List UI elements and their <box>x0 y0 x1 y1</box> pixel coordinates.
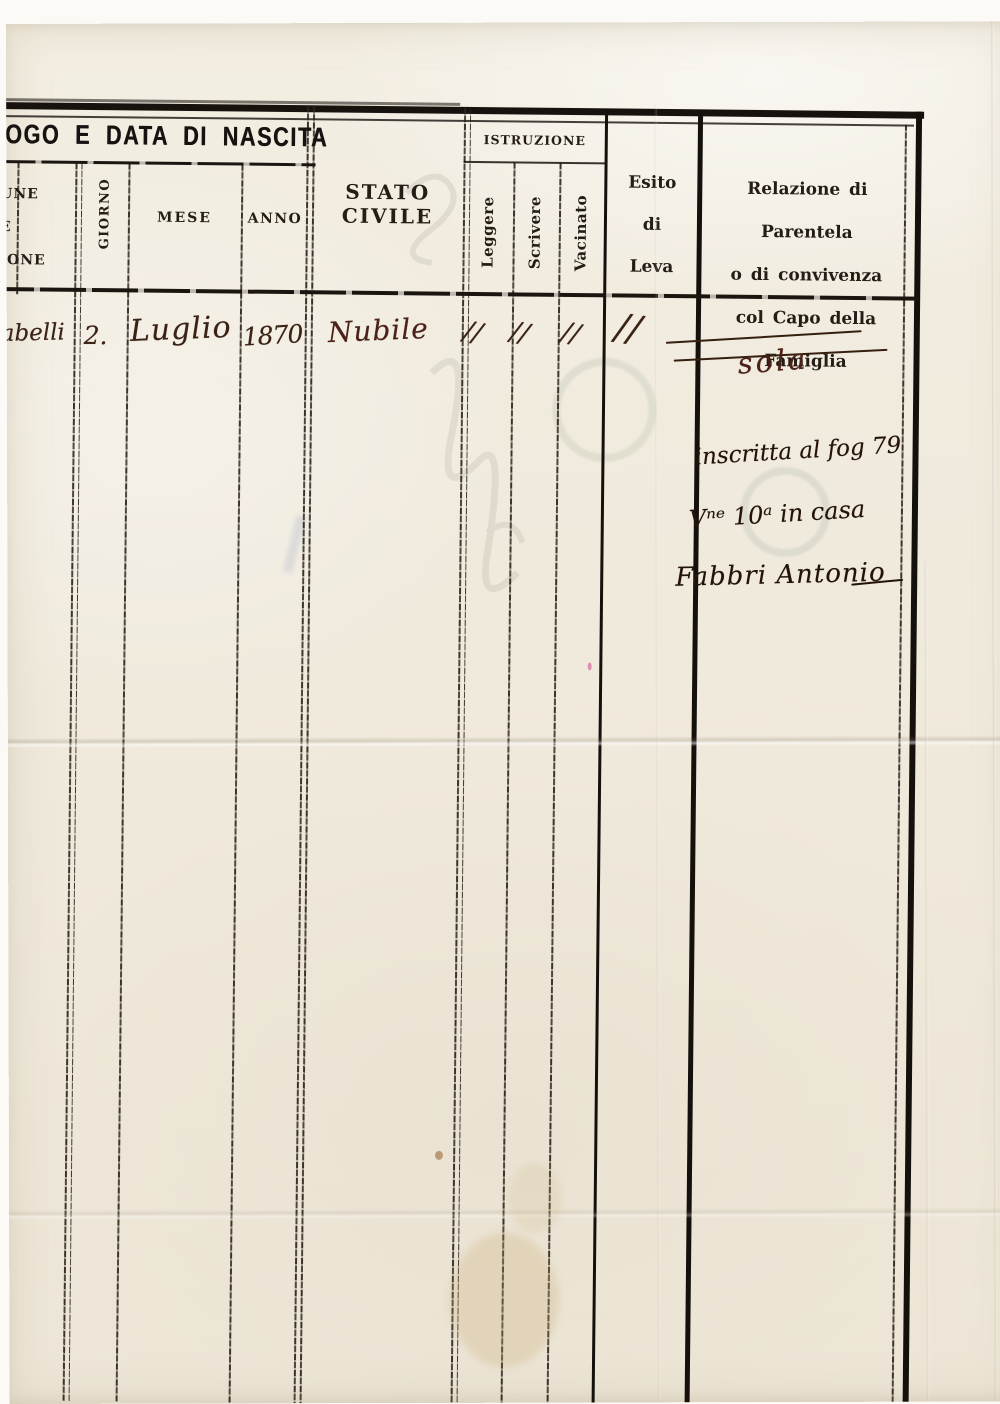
left-column-fragment: UNE <box>6 186 39 202</box>
col-header-istruzione: ISTRUZIONE <box>464 132 606 148</box>
esito-line: Leva <box>606 245 696 288</box>
section-title-luogo-e-data: UOGO E DATA DI NASCITA <box>6 119 328 154</box>
istruzione-underline <box>464 161 606 164</box>
col-header-anno: ANNO <box>241 211 309 228</box>
col-header-scrivere: Scrivere <box>525 183 544 283</box>
annotation-line1: inscritta al fog 79 <box>694 432 902 470</box>
entry-surname-fragment: rabelli <box>6 319 65 347</box>
entry-mese: Luglio <box>129 310 232 349</box>
col-header-esito-di-leva: Esito di Leva <box>606 161 697 288</box>
col-header-leggere: Leggere <box>478 182 497 282</box>
stain-blob <box>449 1233 559 1368</box>
col-header-vacinato: Vacinato <box>571 183 590 283</box>
esito-line: di <box>607 203 697 246</box>
entry-relazione: sola <box>736 341 809 380</box>
col-header-giorno: GIORNO <box>97 174 113 254</box>
annotation-line2: Vⁿᵉ 10ᵃ in casa <box>688 495 866 533</box>
relazione-line: Relazione di Parentela <box>700 167 915 255</box>
col-rule <box>229 165 244 1373</box>
col-rule <box>16 162 19 294</box>
ink-speck <box>435 1151 443 1160</box>
entry-giorno: 2. <box>84 321 108 350</box>
entry-anno: 1870 <box>242 319 303 351</box>
col-rule <box>116 163 131 1373</box>
stain-blob <box>507 1163 562 1233</box>
col-header-mese: MESE <box>128 209 241 226</box>
entry-stato-civile: Nubile <box>327 312 429 349</box>
annotation-line3: Fabbri Antonio <box>675 558 886 593</box>
col-header-stato-civile: STATO CIVILE <box>312 179 463 229</box>
relazione-line: o di convivenza <box>699 253 913 298</box>
entry-leggere-mark: // <box>461 316 485 350</box>
left-column-fragment: IONE <box>6 252 46 268</box>
title-underline <box>6 160 316 166</box>
pink-speck <box>588 662 592 670</box>
paper-sheet: UOGO E DATA DI NASCITA UNE E IONE GIORNO… <box>6 21 1000 1373</box>
esito-line: Esito <box>607 161 697 204</box>
entry-esito-mark: // <box>613 305 644 351</box>
entry-vacinato-mark: // <box>559 317 583 351</box>
left-column-fragment: E <box>6 219 12 235</box>
